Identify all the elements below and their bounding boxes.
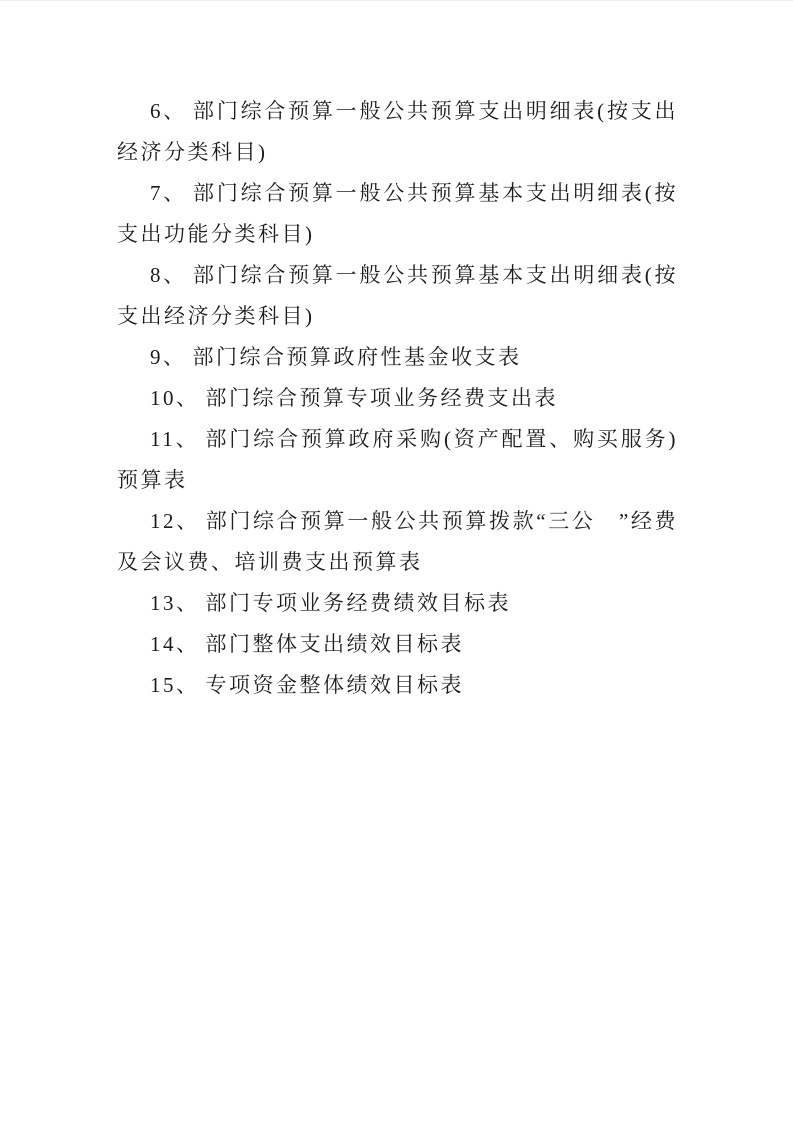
- list-item-8: 8、部门综合预算一般公共预算基本支出明细表(按支出经济分类科目): [117, 255, 678, 337]
- item-number: 13、: [150, 591, 206, 615]
- list-item-11: 11、部门综合预算政府采购(资产配置、购买服务)预算表: [117, 419, 678, 501]
- item-number: 9、: [150, 345, 193, 369]
- item-number: 11、: [150, 427, 205, 451]
- item-number: 12、: [150, 509, 206, 533]
- document-content: 6、部门综合预算一般公共预算支出明细表(按支出经济分类科目) 7、部门综合预算一…: [0, 0, 793, 706]
- document-page: 6、部门综合预算一般公共预算支出明细表(按支出经济分类科目) 7、部门综合预算一…: [0, 0, 793, 1122]
- list-item-6: 6、部门综合预算一般公共预算支出明细表(按支出经济分类科目): [117, 91, 678, 173]
- item-text: 部门综合预算一般公共预算基本支出明细表(按支出功能分类科目): [117, 181, 678, 246]
- item-number: 7、: [150, 181, 193, 205]
- item-text: 部门专项业务经费绩效目标表: [206, 591, 512, 615]
- item-text: 部门综合预算一般公共预算基本支出明细表(按支出经济分类科目): [117, 263, 678, 328]
- item-number: 14、: [150, 632, 206, 656]
- item-text: 专项资金整体绩效目标表: [206, 673, 465, 697]
- list-item-14: 14、部门整体支出绩效目标表: [117, 624, 678, 665]
- list-item-10: 10、部门综合预算专项业务经费支出表: [117, 378, 678, 419]
- item-number: 6、: [150, 99, 193, 123]
- item-number: 10、: [150, 386, 206, 410]
- item-text: 部门整体支出绩效目标表: [206, 632, 465, 656]
- list-item-15: 15、专项资金整体绩效目标表: [117, 665, 678, 706]
- item-text: 部门综合预算政府性基金收支表: [193, 345, 522, 369]
- list-item-7: 7、部门综合预算一般公共预算基本支出明细表(按支出功能分类科目): [117, 173, 678, 255]
- list-item-9: 9、部门综合预算政府性基金收支表: [117, 337, 678, 378]
- item-text: 部门综合预算专项业务经费支出表: [206, 386, 559, 410]
- page-top-edge-line: [0, 0, 793, 1]
- item-number: 8、: [150, 263, 193, 287]
- item-number: 15、: [150, 673, 206, 697]
- list-item-12: 12、部门综合预算一般公共预算拨款“三公 ”经费及会议费、培训费支出预算表: [117, 501, 678, 583]
- item-text: 部门综合预算一般公共预算支出明细表(按支出经济分类科目): [117, 99, 678, 164]
- list-item-13: 13、部门专项业务经费绩效目标表: [117, 583, 678, 624]
